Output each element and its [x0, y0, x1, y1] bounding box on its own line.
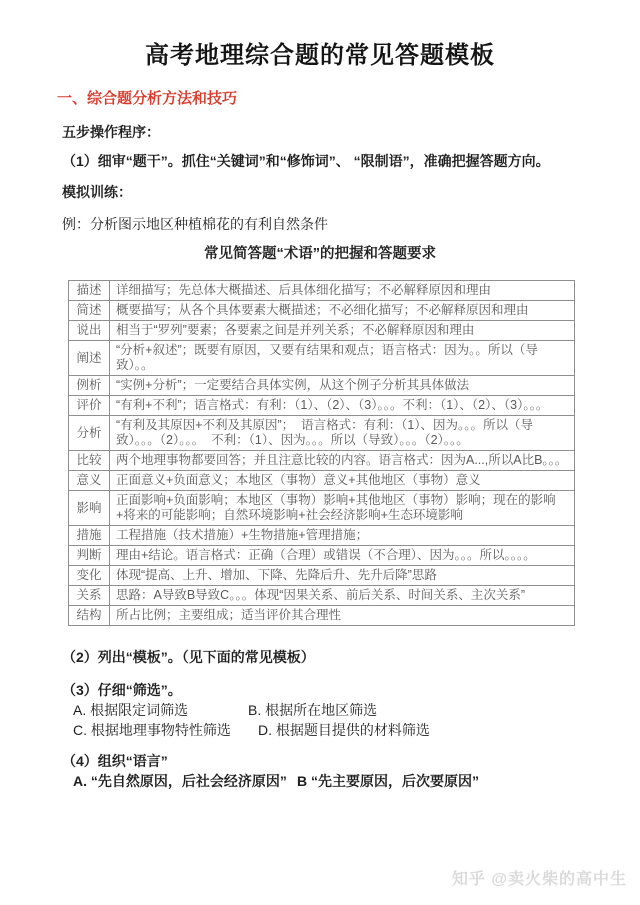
- desc-cell: 体现“提高、上升、增加、下降、先降后升、先升后降”思路: [110, 566, 575, 586]
- filter-options-row-2: C. 根据地理事物特性筛选D. 根据题目提供的材料筛选: [73, 720, 640, 740]
- term-cell: 分析: [69, 416, 110, 451]
- steps-label: 五步操作程序：: [62, 122, 640, 142]
- desc-cell: 工程措施（技术措施）+生物措施+管理措施；: [110, 526, 575, 546]
- desc-cell: “有利+不利”；语言格式：有利：（1）、（2）、（3）。。。不利：（1）、（2）…: [110, 396, 575, 416]
- table-row: 简述概要描写；从各个具体要素大概描述；不必细化描写；不必解释原因和理由: [69, 301, 575, 321]
- term-cell: 意义: [69, 471, 110, 491]
- term-cell: 措施: [69, 526, 110, 546]
- table-row: 结构所占比例；主要组成；适当评价其合理性: [69, 606, 575, 626]
- practice-label: 模拟训练：: [62, 182, 640, 202]
- desc-cell: 两个地理事物都要回答；并且注意比较的内容。语言格式：因为A...,所以A比B。。…: [110, 451, 575, 471]
- table-row: 说出相当于“罗列”要素；各要素之间是并列关系；不必解释原因和理由: [69, 321, 575, 341]
- section-heading: 一、综合题分析方法和技巧: [57, 89, 640, 109]
- step-1: （1）细审“题干”。抓住“关键词”和“修饰词”、 “限制语”，准确把握答题方向。: [62, 151, 640, 171]
- step-3: （3）仔细“筛选”。: [62, 680, 640, 700]
- desc-cell: “实例+分析”；一定要结合具体实例，从这个例子分析其具体做法: [110, 376, 575, 396]
- table-row: 描述详细描写；先总体大概描述、后具体细化描写；不必解释原因和理由: [69, 281, 575, 301]
- option-b: B. 根据所在地区筛选: [248, 702, 377, 718]
- example-line: 例：分析图示地区种植棉花的有利自然条件: [62, 214, 640, 234]
- desc-cell: 正面意义+负面意义；本地区（事物）意义+其他地区（事物）意义: [110, 471, 575, 491]
- table-row: 例析“实例+分析”；一定要结合具体实例，从这个例子分析其具体做法: [69, 376, 575, 396]
- table-title: 常见简答题“术语”的把握和答题要求: [0, 244, 640, 264]
- table-row: 影响正面影响+负面影响；本地区（事物）影响+其他地区（事物）影响；现在的影响+将…: [69, 491, 575, 526]
- language-options-row: A. “先自然原因，后社会经济原因”B “先主要原因，后次要原因”: [73, 771, 640, 791]
- table-row: 评价“有利+不利”；语言格式：有利：（1）、（2）、（3）。。。不利：（1）、（…: [69, 396, 575, 416]
- term-cell: 评价: [69, 396, 110, 416]
- table-row: 比较两个地理事物都要回答；并且注意比较的内容。语言格式：因为A...,所以A比B…: [69, 451, 575, 471]
- step-2: （2）列出“模板”。（见下面的常见模板）: [62, 647, 640, 667]
- desc-cell: 概要描写；从各个具体要素大概描述；不必细化描写；不必解释原因和理由: [110, 301, 575, 321]
- desc-cell: 正面影响+负面影响；本地区（事物）影响+其他地区（事物）影响；现在的影响+将来的…: [110, 491, 575, 526]
- table-row: 判断理由+结论。语言格式：正确（合理）或错误（不合理）、因为。。。所以。。。。: [69, 546, 575, 566]
- term-cell: 说出: [69, 321, 110, 341]
- option-a: A. 根据限定词筛选: [73, 700, 248, 720]
- table-row: 关系思路：A导致B导致C。。。体现“因果关系、前后关系、时间关系、主次关系”: [69, 586, 575, 606]
- terms-table: 描述详细描写；先总体大概描述、后具体细化描写；不必解释原因和理由 简述概要描写；…: [68, 280, 575, 626]
- desc-cell: 所占比例；主要组成；适当评价其合理性: [110, 606, 575, 626]
- table-row: 变化体现“提高、上升、增加、下降、先降后升、先升后降”思路: [69, 566, 575, 586]
- term-cell: 变化: [69, 566, 110, 586]
- filter-options-row-1: A. 根据限定词筛选B. 根据所在地区筛选: [73, 700, 640, 720]
- term-cell: 比较: [69, 451, 110, 471]
- option-lang-a: A. “先自然原因，后社会经济原因”: [73, 771, 297, 791]
- term-cell: 判断: [69, 546, 110, 566]
- desc-cell: 详细描写；先总体大概描述、后具体细化描写；不必解释原因和理由: [110, 281, 575, 301]
- term-cell: 例析: [69, 376, 110, 396]
- desc-cell: 思路：A导致B导致C。。。体现“因果关系、前后关系、时间关系、主次关系”: [110, 586, 575, 606]
- term-cell: 阐述: [69, 341, 110, 376]
- desc-cell: “有利及其原因+不利及其原因”； 语言格式：有利：（1）、因为。。。所以（导致）…: [110, 416, 575, 451]
- table-row: 分析“有利及其原因+不利及其原因”； 语言格式：有利：（1）、因为。。。所以（导…: [69, 416, 575, 451]
- step-4: （4）组织“语言”: [62, 751, 640, 771]
- page-title: 高考地理综合题的常见答题模板: [0, 0, 640, 72]
- term-cell: 关系: [69, 586, 110, 606]
- watermark: 知乎 @卖火柴的高中生: [452, 866, 627, 889]
- term-cell: 描述: [69, 281, 110, 301]
- document-page: 高考地理综合题的常见答题模板 一、综合题分析方法和技巧 五步操作程序： （1）细…: [0, 0, 640, 905]
- table-row: 措施工程措施（技术措施）+生物措施+管理措施；: [69, 526, 575, 546]
- desc-cell: 理由+结论。语言格式：正确（合理）或错误（不合理）、因为。。。所以。。。。: [110, 546, 575, 566]
- term-cell: 简述: [69, 301, 110, 321]
- desc-cell: “分析+叙述”；既要有原因，又要有结果和观点；语言格式：因为。。所以（导致）。。: [110, 341, 575, 376]
- option-d: D. 根据题目提供的材料筛选: [258, 722, 430, 738]
- term-cell: 结构: [69, 606, 110, 626]
- term-cell: 影响: [69, 491, 110, 526]
- option-c: C. 根据地理事物特性筛选: [73, 720, 258, 740]
- option-lang-b: B “先主要原因，后次要原因”: [297, 773, 479, 789]
- desc-cell: 相当于“罗列”要素；各要素之间是并列关系；不必解释原因和理由: [110, 321, 575, 341]
- table-row: 意义正面意义+负面意义；本地区（事物）意义+其他地区（事物）意义: [69, 471, 575, 491]
- table-row: 阐述“分析+叙述”；既要有原因，又要有结果和观点；语言格式：因为。。所以（导致）…: [69, 341, 575, 376]
